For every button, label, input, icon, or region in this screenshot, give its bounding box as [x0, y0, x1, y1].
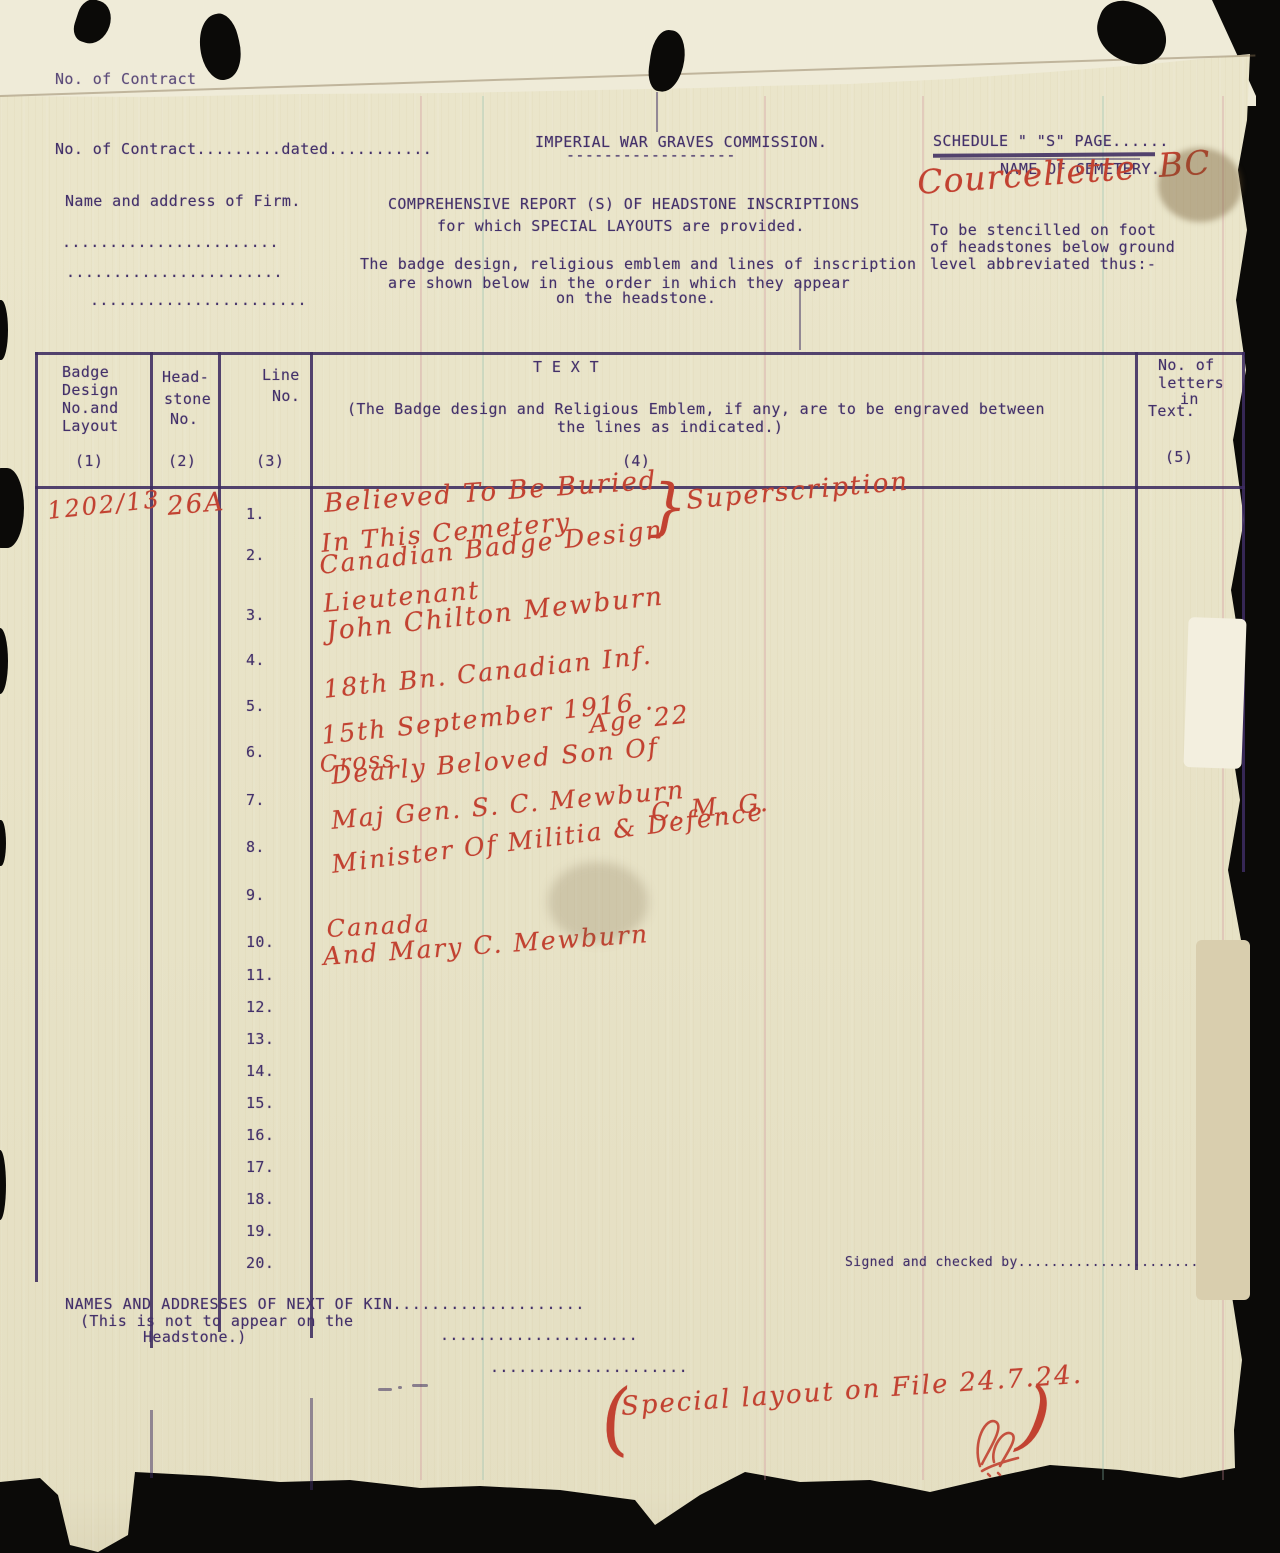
ledger-line: [1102, 96, 1104, 1480]
col1-header-line: Badge: [62, 363, 109, 381]
next-of-kin-dotted-1: .....................: [440, 1326, 638, 1344]
col4-subtitle-1: (The Badge design and Religious Emblem, …: [347, 400, 1045, 418]
col1-header-line: Design: [62, 381, 119, 399]
torn-paper-bit: [1183, 617, 1246, 769]
table-col4-border: [1135, 352, 1138, 1270]
col2-number: (2): [168, 452, 196, 470]
table-left-border: [35, 352, 38, 1282]
next-of-kin-note-2: Headstone.): [143, 1328, 247, 1346]
signed-line: Signed and checked by...................…: [845, 1255, 1215, 1270]
line-number: 4.: [246, 651, 265, 669]
col1-number: (1): [75, 452, 103, 470]
line-number: 14.: [246, 1062, 274, 1080]
table-col3-border-lower: [310, 1398, 313, 1490]
contract-line: No. of Contract.........dated...........: [55, 140, 432, 158]
stain: [1158, 148, 1242, 222]
line-number: 7.: [246, 791, 265, 809]
document-scan: No. of Contract No. of Contract.........…: [0, 0, 1280, 1553]
col5-header-line: Text.: [1148, 402, 1195, 420]
ink-smudge: [398, 1386, 402, 1389]
line-number: 11.: [246, 966, 274, 984]
line-number: 10.: [246, 933, 274, 951]
firm-label: Name and address of Firm.: [65, 192, 301, 210]
line-number: 13.: [246, 1030, 274, 1048]
firm-dotted-3: .......................: [90, 291, 307, 309]
col5-number: (5): [1165, 448, 1193, 466]
firm-dotted-2: .......................: [66, 263, 283, 281]
line-number: 1.: [246, 505, 265, 523]
ledger-line: [420, 96, 422, 1480]
line-number: 18.: [246, 1190, 274, 1208]
ledger-line: [482, 96, 484, 1480]
badge-note-1: The badge design, religious emblem and l…: [360, 255, 916, 273]
headstone-no: 26A: [166, 487, 226, 522]
line-number: 5.: [246, 697, 265, 715]
ink-smudge: [412, 1384, 428, 1387]
crease-mark: [799, 284, 801, 350]
firm-dotted-1: .......................: [62, 233, 279, 251]
stain: [548, 862, 648, 942]
next-of-kin-line: NAMES AND ADDRESSES OF NEXT OF KIN......…: [65, 1295, 585, 1313]
col2-header-line: Head-: [162, 368, 209, 386]
col1-header-line: Layout: [62, 417, 119, 435]
line-number: 20.: [246, 1254, 274, 1272]
table-col3-border: [310, 352, 313, 1338]
table-col1-border-lower: [150, 1410, 153, 1478]
report-title-1: COMPREHENSIVE REPORT (S) OF HEADSTONE IN…: [388, 195, 860, 213]
line-number: 3.: [246, 606, 265, 624]
stencil-note-2: of headstones below ground: [930, 238, 1175, 256]
torn-paper-bit: [1196, 940, 1250, 1300]
line-number: 8.: [246, 838, 265, 856]
col4-subtitle-2: the lines as indicated.): [557, 418, 783, 436]
table-top-border: [35, 352, 1245, 355]
line-number: 16.: [246, 1126, 274, 1144]
ink-smudge: [378, 1388, 392, 1391]
badge-note-3: on the headstone.: [556, 289, 716, 307]
ledger-line: [922, 96, 924, 1480]
commission-underline: ------------------: [566, 146, 736, 164]
line-number: 6.: [246, 743, 265, 761]
col2-header-line: No.: [170, 410, 198, 428]
line-number: 9.: [246, 886, 265, 904]
crease-mark: [656, 92, 658, 132]
col5-header-line: No. of: [1158, 356, 1215, 374]
line-number: 2.: [246, 546, 265, 564]
table-right-border: [1242, 352, 1245, 872]
line-number: 15.: [246, 1094, 274, 1112]
next-of-kin-dotted-2: .....................: [490, 1358, 688, 1376]
line-number: 17.: [246, 1158, 274, 1176]
stencil-note-1: To be stencilled on foot: [930, 221, 1156, 239]
col3-header-line: No.: [272, 387, 300, 405]
col2-header-line: stone: [164, 390, 211, 408]
col1-header-line: No.and: [62, 399, 119, 417]
report-title-2: for which SPECIAL LAYOUTS are provided.: [437, 217, 805, 235]
stencil-note-3: level abbreviated thus:-: [930, 255, 1156, 273]
col4-title: T E X T: [533, 358, 599, 376]
col3-number: (3): [256, 452, 284, 470]
back-sheet-contract-label: No. of Contract: [55, 70, 196, 88]
line-number: 19.: [246, 1222, 274, 1240]
checker-initials-handwritten: [958, 1408, 1038, 1478]
col3-header-line: Line: [262, 366, 300, 384]
line-number: 12.: [246, 998, 274, 1016]
